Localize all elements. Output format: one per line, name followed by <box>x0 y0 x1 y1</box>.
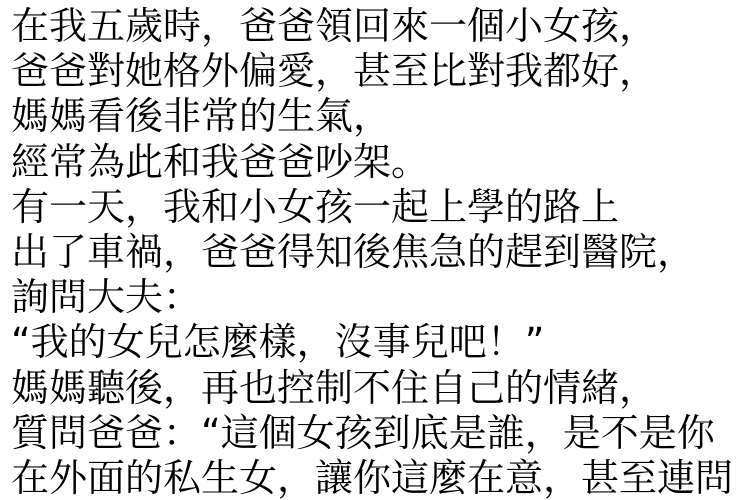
text-line: 經常為此和我爸爸吵架。 <box>11 140 740 185</box>
text-line: 出了車禍，爸爸得知後焦急的趕到醫院， <box>11 230 740 275</box>
text-line: 媽媽聽後，再也控制不住自己的情緒， <box>11 366 740 411</box>
story-text-body: 在我五歲時，爸爸領回來一個小女孩， 爸爸對她格外偏愛，甚至比對我都好， 媽媽看後… <box>11 4 740 500</box>
text-line: 在我五歲時，爸爸領回來一個小女孩， <box>11 4 740 49</box>
text-line: 有一天，我和小女孩一起上學的路上 <box>11 185 740 230</box>
text-line: “我的女兒怎麼樣，沒事兒吧！” <box>11 320 740 365</box>
text-line: 在外面的私生女，讓你這麼在意，甚至連問 <box>11 456 740 500</box>
text-line: 媽媽看後非常的生氣， <box>11 94 740 139</box>
text-line: 爸爸對她格外偏愛，甚至比對我都好， <box>11 49 740 94</box>
text-line: 質問爸爸：“這個女孩到底是誰，是不是你 <box>11 411 740 456</box>
text-line: 詢問大夫： <box>11 275 740 320</box>
